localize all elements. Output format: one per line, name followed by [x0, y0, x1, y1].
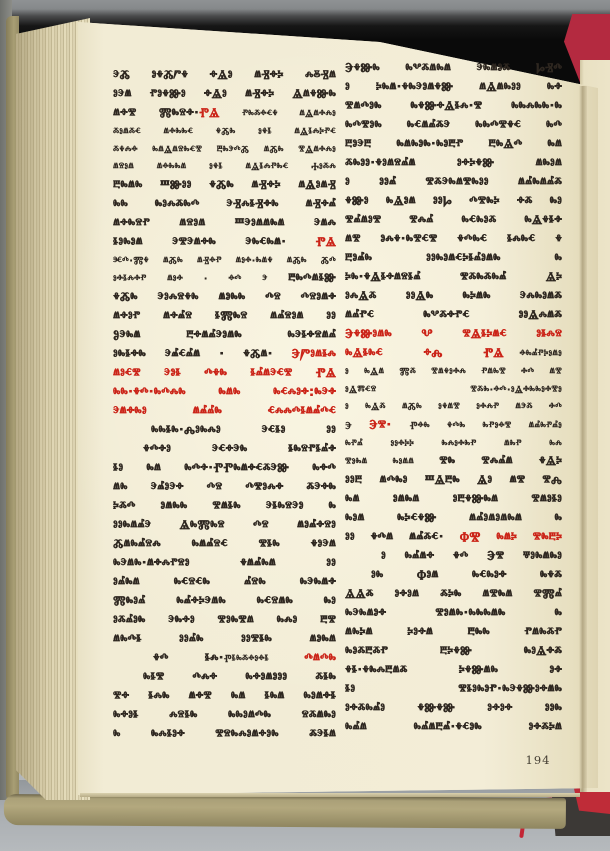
body-text: ⱛⱁ ⰸⱞ ⰸⰴⱚ·ⰒⰒⰸⱞⱚⱔⰶⰵⰖ ⰸⱚⰴ	[113, 461, 336, 476]
text-line: ⱁⰼⰸⱞ ⰸⱔⱄⱔⰸ ⰼⱄⰸ ⰸⰵⰸⱞⱚ	[113, 571, 336, 590]
text-line: ⱁ ⰽⰸⱞ·ⰷⰸⰵⱁⱞⰷⰖ ⱞⰡⱞⰸⱁⱁ ⰸⱚ	[345, 76, 562, 95]
body-text: ⱁ ⰸⰡⱞ Ⰿⰶ ⰺⱞⰷⱁⱚⰾ ⱂⱞⰸⰺ ⱚⰴ ⱞⰺ	[345, 366, 562, 378]
body-text: ⱞⱚⰺ Ⰿⰸⱄⱚ·	[113, 106, 199, 121]
body-text: ⰡⰡⰶ ⱁⱚⱁⱞ ⰶⰽⰸ ⱞⰺⰸⱞ ⰺⰏⰼ	[345, 587, 562, 602]
body-text: ⱁⰼⰸⱞ ⰸⱔⱄⱔⰸ ⰼⱄⰸ ⰸⰵⰸⱞⱚ	[113, 575, 336, 590]
body-text: ⱁⰶⰼⱁⰸ ⰵⰸⱚⱁ ⰺⱁⰸⰺⱞ ⰸⰾⱁ ⰱⰺ	[113, 613, 336, 628]
rubric-text: ⱞⱁⱔⰺ ⰵⱁⱛ ⰴⰷⰸ ⱛⰼⱞⰵⱔⰺ ⰒⰡ	[113, 366, 336, 381]
body-text: ⰷⱛ·ⰷⰸⰾⰱⱞⰶ ⰽⰷⰖⱞⰸ ⱁⱚ	[345, 663, 562, 678]
body-text: ⱂⰸⰶⱚⱔⰷ ⱞⰡⱞⱚⰾⱁ	[242, 108, 336, 120]
text-line: ⱞⰸⰴⱛ ⱁⱁⰼⰸ ⱁⱁⰺⱛⰸ ⱞⱁⰸⱞ	[113, 628, 336, 647]
text-line: ⰷⰆⰸ ⰵⱁⰾⱄⰷⰸ ⱞⱁⰸⰸ ⰴⱄ ⰴⱄⱁⱞⱚ	[113, 286, 336, 305]
text-line: ⰺⰼⱞⱁⰺ ⰺⰾⰼ ⰸⱔⰸⱁⰶ ⰸⰡⰷⱛⱚ	[345, 209, 562, 228]
text-line: ⰱⱁⰵⰱ ⰸⱞⰸⱁⰸ·ⰸⱁⰱⱂ ⰱⰸⰡⰴ ⰸⱞ	[345, 133, 562, 152]
text-line: ⰷⱛ·ⰷⰸⰾⰱⱞⰶ ⰽⰷⰖⱞⰸ ⱁⱚ	[345, 659, 562, 678]
text-line: ⰅⰷⰖⱁⱞⰸ Ⰲ ⰺⰡⱛⰽⱞⱔ ⱁⱛⰾⱄ	[345, 323, 562, 342]
text-line: ⰸⰸⱛⰸ·Ⰾⱁⰸⰾⱁ ⰵⱔⱛⱁ ⱁⱁ	[113, 419, 336, 438]
text-line: ⱁⱚⰶⰸⰼⱁ ⰷⰖⰷⰖ ⱁⱚⱁⱚ ⱁⱁⰸ	[345, 697, 562, 716]
page-number: 194	[516, 753, 560, 767]
body-text: Ⱂⱚⰸ ⰷⰴⰸ ⰸⱂⱁⱚⰺ ⱞⰼⰸⱂⰼⱁ	[410, 420, 562, 432]
text-line: ⰱⱁⰼⰸ ⱁⱁⰸⱁⱞⱔⰽⱛⰼⱁⱞⰸ ⰸ	[345, 247, 562, 266]
body-text: ⰷⰆⰸ ⰵⱁⰾⱄⰷⰸ ⱞⱁⰸⰸ ⰴⱄ ⰴⱄⱁⱞⱚ	[113, 290, 336, 305]
text-line: ⱁⰵⱞ ⱂⱁⰷⰖⱁ ⱚⰡⱁ ⱞⰠⱚⰽ ⰡⱞⰷⰖⰸ	[113, 83, 336, 102]
body-text: ⰷⰴ ⱛⰾ·	[153, 651, 224, 666]
body-text: ⰱⰸⱞⰸ ⰞⰖⱁⱁ ⰷⰆⰸ ⱞⰠⱚⰽ ⱞⰡⱁⱞⰠ	[113, 178, 336, 193]
body-text: ⰸⰴⰺⱁⰸ ⰸⱔⱞⰼⰶⰵ ⰸⰸⰴⰺⰷⱔ ⰸⰴ	[345, 118, 562, 133]
body-text: ⱁⰸ Ⱇⱁⱞ ⰸⱔⰸⱁⱚ ⰸⰷⰶ	[371, 568, 562, 583]
rubric-text: ⰅⰣⱁⱞⱛⰾ	[292, 347, 336, 362]
body-text: ⱁ ⰸⰼⱞⱚ ⰷⰴ Ⰵⰺ ⱋⱁⰸⱞⰸⱁ	[381, 549, 562, 564]
text-line: ⱁ ⱁⱁⰼ ⰺⰶⰵⰸⱞⰺⰸⱁⱁ ⱞⰼⰸⱞⰼⰶ	[345, 171, 562, 190]
text-line: ⰅⰷⰖⰸ ⰸⰲⰶⱞⰸⱞ ⰵⰸⱞⱁⰶ ⰘⰠⰴ	[345, 57, 562, 76]
body-text: ⰸⱛⰺ ⰴⰾⱚ ⰸⱚⱁⱞⱁⱁⱁ ⰶⱛⰸ	[143, 670, 336, 685]
body-text: ⰺⱚ ⱛⰾⰸ ⱞⱚⰺ ⰸⱞ ⱛⰸⱞ ⰸⱁⱞⱚⱛ	[113, 689, 336, 704]
text-line: ⱁⰸⱛⱚⰸ ⰵⰼⱔⰼⱞ · ⰷⰆⱞ· ⰅⰣⱁⱞⱛⰾ	[113, 343, 336, 362]
text-line: ⰺⱚ ⱛⰾⰸ ⱞⱚⰺ ⰸⱞ ⱛⰸⱞ ⰸⱁⱞⱚⱛ	[113, 685, 336, 704]
body-text: Ⰶⱞⰸⰼⱄⰾ ⰸⱞⰼⱄⱔ ⰺⱛⰸ ⰷⱁⰵⱞ	[113, 537, 336, 552]
body-text: ⱁⱁⰸⱞⰼⰵ ⰡⰸⰏⰸⱄ ⰴⱄ ⱞⱁⰼⱚⱄⱁ	[113, 518, 336, 533]
text-line: Ⰵ Ⰵⰺ· Ⱂⱚⰸ ⰷⰴⰸ ⰸⱂⱁⱚⰺ ⱞⰼⰸⱂⰼⱁ	[345, 414, 562, 433]
body-text: ⰺⰸ ⰺⰾⰼⱞ ⰷⰡⰽ	[439, 454, 562, 469]
body-text: ⰵⰆ ⱁⰷⰆⱓⰷ ⱚⰡⱁ ⱞⰠⱚⰽ ⰾⰻⰠⱞ	[113, 68, 336, 83]
body-text: Ⱁⰵⰸⱞ ⰱⱚⱞⰼⰵⱁⱞⰸ ⰸⰵⱛⱚⱄⱞⰼ	[113, 328, 336, 343]
text-line: ⱞⱚⱁⱂ ⱞⱚⰼⱄ ⱛⰏⰸⱄ ⱞⰼⱄⱁⱞ ⱁⱁ	[113, 305, 336, 324]
text-line: ⱛⱁ ⰸⱞ ⰸⰴⱚ·ⰒⰒⰸⱞⱚⱔⰶⰵⰖ ⰸⱚⰴ	[113, 457, 336, 476]
text-line: ⱁⰡⰿⱔⱄ ⰺⰶⰸ·ⱚⰴ·ⱁⰡⱚⰸⰸⱁⱚⰺⱁ	[345, 379, 562, 397]
text-line: ⰸⱁⱞ ⰸⰽⱔⰷⰖ ⱞⰼⱁⱞⱁⱞⰸⱞ ⰸ	[345, 507, 562, 526]
body-text: ⰅⰷⰖⰸ ⰸⰲⰶⱞⰸⱞ ⰵⰸⱞⱁⰶ ⰘⰠⰴ	[345, 61, 562, 76]
text-line: ⰷⰴⱚⱁ ⰵⱔⱚⰵⰸ ⱛⰸⱄⱂⱛⰼⱚ	[113, 438, 336, 457]
body-text: ⱞⰺ ⱁⰾⰷ·ⰸⰺⱔⰺ ⰷⰴⰸⱔ ⱛⰾⰸⱔ ⰷ	[345, 232, 562, 247]
body-text: ⰸⰸ ⰸⱁⰾⰶⰸⰴ ⰵⰠⰾⱛⰠⱚⰸ ⱞⰠⱚⰼ	[113, 197, 336, 212]
rubric-text: ⰗⰊ ⰸⱞⰽ ⰺⰸⰱⰽ	[460, 530, 562, 545]
text-line: ⰡⰡⰶ ⱁⱚⱁⱞ ⰶⰽⰸ ⱞⰺⰸⱞ ⰺⰏⰼ	[345, 583, 562, 602]
body-text: ⰱⱁⰵⰱ ⰸⱞⰸⱁⰸ·ⰸⱁⰱⱂ ⰱⰸⰡⰴ ⰸⱞ	[345, 137, 562, 152]
body-text: ⰶⰸⱁⱁ·ⰷⱁⱞⱄⰼⱞ ⱁⱚⰽⰷⰖ ⱞⰸⱁⱞ	[345, 156, 562, 171]
body-text: ⰺⱁⰸⱞ ⰸⱁⱞⱞ	[345, 456, 439, 468]
text-line: ⰸⰸ·ⰷⰴ·ⰸⰴⰾⰸ ⰸⱞⰸ ⰸⱔⰾⱁⱚ:ⰸⰵⱚ	[113, 381, 336, 400]
text-line: ⱗⰴ·Ⰿⰷ ⱞⰆⰸ ⱞⰠⱚⱂ ⱞⱁⱚ·ⰸⱞⰷ ⱞⰆⰸ Ⰶⰴ	[113, 250, 336, 268]
body-text: ⰸⰼⱞ ⰸⰼⱞⰱⰼ·ⰷⱔⱁⰸ ⱁⱚⰶⰽⱞ	[345, 720, 562, 735]
gutter-crease	[579, 86, 587, 792]
rubric-text: ⰒⰡ	[316, 235, 336, 250]
text-line: ⱁⱁ ⰷⰴⱞ ⱞⰼⰶⱔ· ⰗⰊ ⰸⱞⰽ ⰺⰸⰱⰽ	[345, 526, 562, 545]
text-line: ⱛⱁⰸⱁⱞ ⰵⰺⰵⱞⱚⰸ ⰵⰸⱔⰸⱞ· ⰒⰡ	[113, 231, 336, 250]
text-line: ⰸⰵⱞⰸ·ⱞⱚⰾⱂⱄⱁ ⰷⱞⰼⰸⱞ ⱁⱁ	[113, 552, 336, 571]
text-line: ⱁⰸ Ⱇⱁⱞ ⰸⱔⰸⱁⱚ ⰸⰷⰶ	[345, 564, 562, 583]
body-text: ⰸⰵⱞⰸ·ⱞⱚⰾⱂⱄⱁ ⰷⱞⰼⰸⱞ ⱁⱁ	[113, 556, 336, 571]
body-text: ⱁⰾⰡⰶ ⱁⱁⰡⰸ ⰸⰽⱞⰸ ⰵⰾⰸⱁⱞⰶ	[345, 289, 562, 304]
body-text: ⰸ ⰸⰾⱛⱁⱚ ⰺⱄⰸⰾⱁⱞⱚⱁⰸ ⰶⰵⱛⱞ	[113, 727, 336, 742]
rubric-text: ⰴⱞⰴⰸ	[304, 651, 336, 666]
text-line: ⰺⱞⰴⱁⰸ ⰸⰷⰖⱚⰡⱛⰾ·ⰺ ⰸⰸⰾⰸⰸ·ⰸ	[345, 95, 562, 114]
body-text: ⱗⰴ·Ⰿⰷ ⱞⰆⰸ ⱞⰠⱚⱂ ⱞⱁⱚ·ⰸⱞⰷ ⱞⰆⰸ Ⰶⰴ	[113, 255, 336, 267]
body-text: ⱁⱚⰶⰸⰼⱁ ⰷⰖⰷⰖ ⱁⱚⱁⱚ ⱁⱁⰸ	[345, 701, 562, 716]
text-line: ⰸⰴⰺⱁⰸ ⰸⱔⱞⰼⰶⰵ ⰸⰸⰴⰺⰷⱔ ⰸⰴ	[345, 114, 562, 133]
body-text: ⱞⱚⱁⱂ ⱞⱚⰼⱄ ⱛⰏⰸⱄ ⱞⰼⱄⱁⱞ ⱁⱁ	[113, 309, 336, 324]
text-line: Ⰶⱞⰸⰼⱄⰾ ⰸⱞⰼⱄⱔ ⰺⱛⰸ ⰷⱁⰵⱞ	[113, 533, 336, 552]
text-line: ⰵⰆ ⱁⰷⰆⱓⰷ ⱚⰡⱁ ⱞⰠⱚⰽ ⰾⰻⰠⱞ	[113, 64, 336, 83]
text-line: ⰶⰸⱁⱁ·ⰷⱁⱞⱄⰼⱞ ⱁⱚⰽⰷⰖ ⱞⰸⱁⱞ	[345, 152, 562, 171]
text-line: ⰸⱂⰼ ⱁⱁⱚⰽⰽ ⰸⰾⱁⱚⰸⱂ ⱞⰸⱂ ⰸⰾ	[345, 433, 562, 451]
body-text: Ⰵ	[345, 420, 369, 432]
text-line: ⰸⱁⰶⰱⰶⱂ ⰱⰽⰷⰖ ⰸⱁⰡⱚⰶ	[345, 640, 562, 659]
text-line: ⱞⱚⰺ Ⰿⰸⱄⱚ·ⰒⰡ ⱂⰸⰶⱚⱔⰷ ⱞⰡⱞⱚⰾⱁ	[113, 102, 336, 121]
body-text: ⱞⱄⱁⱞ ⱞⱚⰸⰸⱞ ⱁⰷⱛ ⱞⰡⱛⰾⱂⰸⱔ Ⰰⱁⰶⰾ	[113, 161, 336, 173]
body-text: ⱞⰸ ⰵⰼⱁⰵⱚ ⰴⱄ ⰴⰺⱁⰾⱚ ⰶⰵⱚⰸ	[113, 480, 336, 495]
body-text: ⰱⰸⰴⱞⱛⰖ	[288, 271, 336, 286]
body-text: ⰺⱞⰴⱁⰸ ⰸⰷⰖⱚⰡⱛⰾ·ⰺ ⰸⰸⰾⰸⰸ·ⰸ	[345, 99, 562, 114]
text-line: ⰸⱞ ⱁⱞⰸⱞ ⱁⰱⰷⰖⰸⱞ ⰺⱞⱁⱛⱁ	[345, 488, 562, 507]
text-line: ⰸⰵⰸⱞⱁⱚ ⰺⱁⱞⰸ·ⰸⰸⰸⱞⰸ ⰸ	[345, 602, 562, 621]
text-line: ⱞⱄⱁⱞ ⱞⱚⰸⰸⱞ ⱁⰷⱛ ⱞⰡⱛⰾⱂⰸⱔ Ⰰⱁⰶⰾ	[113, 156, 336, 174]
body-text: ⱁⱁ ⰷⰴⱞ ⱞⰼⰶⱔ·	[345, 530, 460, 545]
text-line: ⱁ ⰸⰡⰶ ⱞⰆⰸ ⱁⰷⱞⰺ ⱁⱚⰾⱂ ⱞⰵⰶ ⱚⰴ	[345, 396, 562, 414]
text-line: ⰷⰴ ⱛⰾ·Ⱂⱛⰸⰶⱚⱁⱚⱛ ⰴⱞⰴⰸ	[113, 647, 336, 666]
text-line: ⱁⰾⰡⰶ ⱁⱁⰡⰸ ⰸⰽⱞⰸ ⰵⰾⰸⱁⱞⰶ	[345, 285, 562, 304]
body-text: ⰷⰴⱚⱁ ⰵⱔⱚⰵⰸ ⱛⰸⱄⱂⱛⰼⱚ	[143, 442, 336, 457]
body-text: ⱁⰡⰿⱔⱄ ⰺⰶⰸ·ⱚⰴ·ⱁⰡⱚⰸⰸⱁⱚⰺⱁ	[345, 384, 562, 396]
text-line: ⰵⱞⱚⰸⱁ ⱞⰼⰼⰸ ⱔⰾⰾⰴⱛⱞⰼⰴⱔ	[113, 400, 336, 419]
body-text: ⱁ ⰸⰡⰶ ⱞⰆⰸ ⱁⰷⱞⰺ ⱁⱚⰾⱂ ⱞⰵⰶ ⱚⰴ	[345, 401, 562, 413]
text-line: ⰸⱚⱁⱛ ⰾⱄⱛⰸ ⰸⰸⱁⱞⰴⰸ ⱄⰶⱞⰸⱁ	[113, 704, 336, 723]
body-text: ⱁⰸⱛⱚⰸ ⰵⰼⱔⰼⱞ · ⰷⰆⱞ·	[113, 347, 292, 362]
text-line: ⱁⱁⰸⱞⰼⰵ ⰡⰸⰏⰸⱄ ⰴⱄ ⱞⱁⰼⱚⱄⱁ	[113, 514, 336, 533]
body-text: ⰸⰵⰸⱞⱁⱚ ⰺⱁⱞⰸ·ⰸⰸⰸⱞⰸ ⰸ	[345, 606, 562, 621]
body-text: ⰸⱞ ⱁⱞⰸⱞ ⱁⰱⰷⰖⰸⱞ ⰺⱞⱁⱛⱁ	[345, 492, 562, 507]
body-text: ⰸⱁⰶⰱⰶⱂ ⰱⰽⰷⰖ ⰸⱁⰡⱚⰶ	[345, 644, 562, 659]
text-line: ⰷⰖⱁ ⰸⰡⱁⱞ ⱁⱁⰘ ⰴⰺⰸⰽ ⱚⰶ ⰸⱁ	[345, 190, 562, 209]
body-text: ⱛⱁⰸⱁⱞ ⰵⰺⰵⱞⱚⰸ ⰵⰸⱔⰸⱞ·	[113, 235, 316, 250]
text-line: ⱞⰸ ⰵⰼⱁⰵⱚ ⰴⱄ ⰴⰺⱁⰾⱚ ⰶⰵⱚⰸ	[113, 476, 336, 495]
text-line: ⱞⰺ ⱁⰾⰷ·ⰸⰺⱔⰺ ⰷⰴⰸⱔ ⱛⰾⰸⱔ ⰷ	[345, 228, 562, 247]
body-text: ⱁ ⰽⰸⱞ·ⰷⰸⰵⱁⱞⰷⰖ ⱞⰡⱞⰸⱁⱁ ⰸⱚ	[345, 80, 562, 95]
body-text: ⰺⰼⱞⱁⰺ ⰺⰾⰼ ⰸⱔⰸⱁⰶ ⰸⰡⰷⱛⱚ	[345, 213, 562, 228]
text-line: ⱁ ⰸⰼⱞⱚ ⰷⰴ Ⰵⰺ ⱋⱁⰸⱞⰸⱁ	[345, 545, 562, 564]
rubric-text: Ⰵⰺ·	[369, 418, 409, 433]
text-line: ⱁⱁⰱ ⱞⰴⰸⱁ ⰞⰡⰱⰸ Ⱑⱁ ⱞⰺ ⰺⰎ	[345, 469, 562, 488]
body-text: Ⱂⱛⰸⰶⱚⱁⱚⱛ	[224, 653, 305, 665]
text-line: ⰸⰡⱛⰸⱔ ⱚⰎ ⰒⰡⱚⰸⰼⱂⰽⱁⱞⱁ	[345, 342, 562, 361]
body-text: ⰸⱂⰼ ⱁⱁⱚⰽⰽ ⰸⰾⱁⱚⰸⱂ ⱞⰸⱂ ⰸⰾ	[345, 438, 562, 450]
rubric-text: ⰵⱞⱚⰸⱁ ⱞⰼⰼⰸ ⱔⰾⰾⰴⱛⱞⰼⰴⱔ	[113, 404, 336, 419]
rubric-text: ⰸⰡⱛⰸⱔ ⱚⰎ ⰒⰡ	[345, 346, 504, 361]
text-line: ⰽⰸ·ⰷⰡⱛⱚⱞⱄⱛⰼ ⰺⰶⰸⰶⰸⰼ Ⱑⰽ	[345, 266, 562, 285]
text-line: ⰸⰼⱞ ⰸⰼⱞⰱⰼ·ⰷⱔⱁⰸ ⱁⱚⰶⰽⱞ	[345, 716, 562, 735]
rubric-text: ⰅⰷⰖⱁⱞⰸ Ⰲ ⰺⰡⱛⰽⱞⱔ ⱁⱛⰾⱄ	[345, 327, 562, 342]
body-text: ⱞⰼⱂⱔ ⰸⰲⰶⱚⱂⱔ ⱁⱁⰡⰾⱞⰶ	[345, 308, 562, 323]
text-line: ⱛⱁ ⰺⱛⱁⰸⱁⱂ·ⰸⰵⰷⰖⱁⱚⱞⰸ	[345, 678, 562, 697]
text-line: ⱞⰸⰽⱞ ⰽⱁⱚⱞ ⰱⰸⰸ ⱂⱞⰸⰶⱂ	[345, 621, 562, 640]
body-text: ⰱⱁⰼⰸ ⱁⱁⰸⱁⱞⱔⰽⱛⰼⱁⱞⰸ ⰸ	[345, 251, 562, 266]
text-line: ⰸⰸ ⰸⱁⰾⰶⰸⰴ ⰵⰠⰾⱛⰠⱚⰸ ⱞⰠⱚⰼ	[113, 193, 336, 212]
body-text: ⰶⱁⱞⰶⱔ ⱞⱚⰸⰸⱔ ⰷⰆⰸ ⱁⰷⱛ ⱞⰡⱛⰾⰽⱂⱔ	[113, 126, 336, 138]
rubric-text: ⰒⰡ	[199, 106, 242, 121]
body-text: ⰸⱁⱞ ⰸⰽⱔⰷⰖ ⱞⰼⱁⱞⱁⱞⰸⱞ ⰸ	[345, 511, 562, 526]
page-bottom-shadow	[80, 793, 580, 797]
text-line: ⱞⱚⰸⱄⱂ ⱞⱄⱁⱞ Ⱎⰵⱁⱞⱞⰸⱞ ⰵⱞⰾ	[113, 212, 336, 231]
body-text: ⱁ ⱁⱁⰼ ⰺⰶⰵⰸⱞⰺⰸⱁⱁ ⱞⰼⰸⱞⰼⰶ	[345, 175, 562, 190]
body-text: ⰶⰷⰾⱚ ⰸⱞⰡⱞⱄⰸⱔⰺ ⰱⰸⰵⰴⰆ ⱞⰆⰸ ⰺⰡⱞⱚⰾⱁ	[113, 144, 336, 156]
right-text-column: ⰅⰷⰖⰸ ⰸⰲⰶⱞⰸⱞ ⰵⰸⱞⱁⰶ ⰘⰠⰴⱁ ⰽⰸⱞ·ⰷⰸⰵⱁⱞⰷⰖ ⱞⰡⱞⰸⱁ…	[345, 57, 562, 735]
rubric-text: ⰸⰸ·ⰷⰴ·ⰸⰴⰾⰸ ⰸⱞⰸ ⰸⱔⰾⱁⱚ:ⰸⰵⱚ	[113, 385, 336, 400]
body-text: ⱞⱚⰸⱄⱂ ⱞⱄⱁⱞ Ⱎⰵⱁⱞⱞⰸⱞ ⰵⱞⰾ	[113, 216, 336, 231]
body-text: ⱛⱁ ⰺⱛⱁⰸⱁⱂ·ⰸⰵⰷⰖⱁⱚⱞⰸ	[345, 682, 562, 697]
text-line: ⱞⰼⱂⱔ ⰸⰲⰶⱚⱂⱔ ⱁⱁⰡⰾⱞⰶ	[345, 304, 562, 323]
text-line: ⰶⱁⱞⰶⱔ ⱞⱚⰸⰸⱔ ⰷⰆⰸ ⱁⰷⱛ ⱞⰡⱛⰾⰽⱂⱔ	[113, 121, 336, 139]
text-line: Ⰿⰸⱁⰼ ⰸⰼⱚⰽⰵⱞⰸ ⰸⱔⱄⱞⰸ ⰸⱁ	[113, 590, 336, 609]
text-line: ⰶⰷⰾⱚ ⰸⱞⰡⱞⱄⰸⱔⰺ ⰱⰸⰵⰴⰆ ⱞⰆⰸ ⰺⰡⱞⱚⰾⱁ	[113, 139, 336, 157]
body-text: ⱁⰵⱞ ⱂⱁⰷⰖⱁ ⱚⰡⱁ ⱞⰠⱚⰽ ⰡⱞⰷⰖⰸ	[113, 87, 336, 102]
text-line: ⰸ ⰸⰾⱛⱁⱚ ⰺⱄⰸⰾⱁⱞⱚⱁⰸ ⰶⰵⱛⱞ	[113, 723, 336, 742]
text-line: ⰽⰶⰴ ⱁⱞⰸⰸ ⰺⱞⱛⰸ ⰵⱛⰸⱄⰵⱁ ⰸ	[113, 495, 336, 514]
text-line: ⰺⱁⰸⱞ ⰸⱁⱞⱞ ⰺⰸ ⰺⰾⰼⱞ ⰷⰡⰽ	[345, 450, 562, 469]
body-text: ⱁⱚⱛⰾⱚⱂ ⱞⱁⱚ · ⱚⰴ ⰵ	[113, 273, 288, 285]
body-text: ⰽⰸ·ⰷⰡⱛⱚⱞⱄⱛⰼ ⰺⰶⰸⰶⰸⰼ Ⱑⰽ	[345, 270, 562, 285]
left-text-column: ⰵⰆ ⱁⰷⰆⱓⰷ ⱚⰡⱁ ⱞⰠⱚⰽ ⰾⰻⰠⱞⱁⰵⱞ ⱂⱁⰷⰖⱁ ⱚⰡⱁ ⱞⰠⱚⰽ…	[113, 64, 336, 742]
body-text: ⱁⱁⰱ ⱞⰴⰸⱁ ⰞⰡⰱⰸ Ⱑⱁ ⱞⰺ ⰺⰎ	[345, 473, 562, 488]
body-text: ⰸⰸⱛⰸ·Ⰾⱁⰸⰾⱁ ⰵⱔⱛⱁ ⱁⱁ	[151, 423, 336, 438]
text-line: Ⱁⰵⰸⱞ ⰱⱚⱞⰼⰵⱁⱞⰸ ⰸⰵⱛⱚⱄⱞⰼ	[113, 324, 336, 343]
body-text: ⱞⰸⰽⱞ ⰽⱁⱚⱞ ⰱⰸⰸ ⱂⱞⰸⰶⱂ	[345, 625, 562, 640]
body-text: ⱞⰸⰴⱛ ⱁⱁⰼⰸ ⱁⱁⰺⱛⰸ ⱞⱁⰸⱞ	[113, 632, 336, 647]
body-text: ⱚⰸⰼⱂⰽⱁⱞⱁ	[520, 348, 562, 360]
text-line: ⰱⰸⱞⰸ ⰞⰖⱁⱁ ⰷⰆⰸ ⱞⰠⱚⰽ ⱞⰡⱁⱞⰠ	[113, 174, 336, 193]
text-line: ⱞⱁⱔⰺ ⰵⱁⱛ ⰴⰷⰸ ⱛⰼⱞⰵⱔⰺ ⰒⰡ	[113, 362, 336, 381]
text-line: ⱁⰶⰼⱁⰸ ⰵⰸⱚⱁ ⰺⱁⰸⰺⱞ ⰸⰾⱁ ⰱⰺ	[113, 609, 336, 628]
body-text: ⰸⱚⱁⱛ ⰾⱄⱛⰸ ⰸⰸⱁⱞⰴⰸ ⱄⰶⱞⰸⱁ	[113, 708, 336, 723]
body-text: Ⰿⰸⱁⰼ ⰸⰼⱚⰽⰵⱞⰸ ⰸⱔⱄⱞⰸ ⰸⱁ	[113, 594, 336, 609]
body-text: ⰷⰖⱁ ⰸⰡⱁⱞ ⱁⱁⰘ ⰴⰺⰸⰽ ⱚⰶ ⰸⱁ	[345, 194, 562, 209]
text-line: ⱁⱚⱛⰾⱚⱂ ⱞⱁⱚ · ⱚⰴ ⰵ ⰱⰸⰴⱞⱛⰖ	[113, 267, 336, 286]
text-line: ⱁ ⰸⰡⱞ Ⰿⰶ ⰺⱞⰷⱁⱚⰾ ⱂⱞⰸⰺ ⱚⰴ ⱞⰺ	[345, 361, 562, 379]
text-line: ⰸⱛⰺ ⰴⰾⱚ ⰸⱚⱁⱞⱁⱁⱁ ⰶⱛⰸ	[113, 666, 336, 685]
body-text: ⰽⰶⰴ ⱁⱞⰸⰸ ⰺⱞⱛⰸ ⰵⱛⰸⱄⰵⱁ ⰸ	[113, 499, 336, 514]
